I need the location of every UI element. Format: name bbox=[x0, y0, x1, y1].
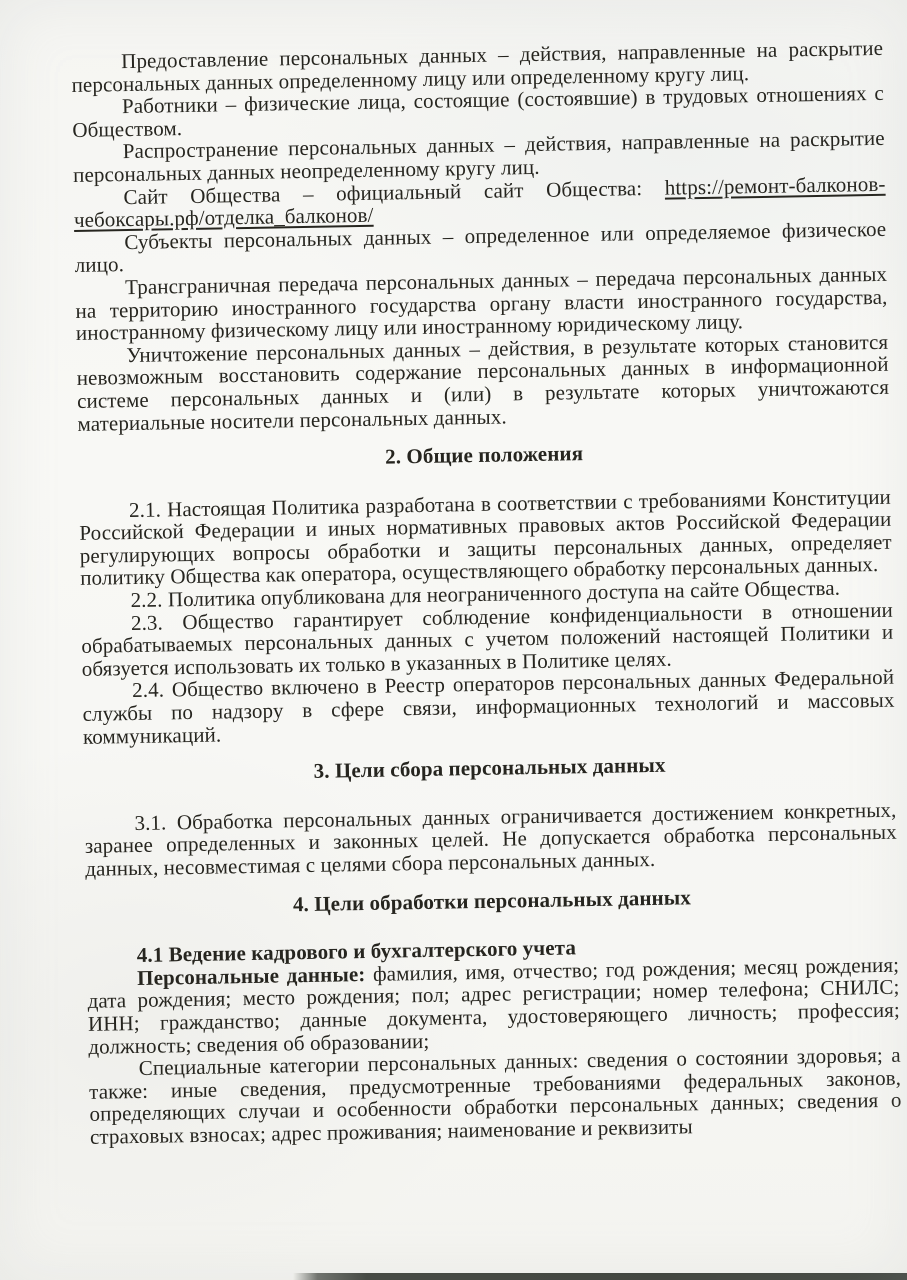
paragraph-spetsialnye-kategorii: Специальные категории персональных данны… bbox=[89, 1044, 902, 1149]
document-text-block: Предоставление персональных данных – дей… bbox=[71, 37, 902, 1149]
text-run: 3. Цели сбора персональных данных bbox=[313, 753, 665, 783]
text-run: 3.1. Обработка персональных данных огран… bbox=[85, 798, 897, 881]
text-run: 2.1. Настоящая Политика разработана в со… bbox=[79, 484, 892, 590]
scanner-edge-artifact bbox=[293, 1273, 907, 1280]
text-run: 2. Общие положения bbox=[385, 441, 583, 468]
paragraph-personalnye-dannye: Персональные данные: фамилия, имя, отчес… bbox=[87, 953, 900, 1058]
paragraph-2-4: 2.4. Общество включено в Реестр оператор… bbox=[82, 666, 895, 748]
text-run: 4. Цели обработки персональных данных bbox=[293, 885, 691, 916]
paragraph-unichtozhenie: Уничтожение персональных данных – действ… bbox=[76, 331, 889, 436]
section-heading-2: 2. Общие положения bbox=[78, 437, 890, 474]
text-run: 2.4. Общество включено в Реестр оператор… bbox=[82, 665, 894, 748]
section-heading-4: 4. Цели обработки персональных данных bbox=[86, 882, 898, 919]
paragraph-2-1: 2.1. Настоящая Политика разработана в со… bbox=[79, 485, 892, 590]
text-run: Уничтожение персональных данных – действ… bbox=[77, 330, 890, 436]
paragraph-3-1: 3.1. Обработка персональных данных огран… bbox=[84, 799, 897, 881]
section-heading-3: 3. Цели сбора персональных данных bbox=[83, 750, 895, 787]
text-run: Специальные категории персональных данны… bbox=[89, 1043, 902, 1149]
scanned-document-page: Предоставление персональных данных – дей… bbox=[0, 0, 907, 1280]
